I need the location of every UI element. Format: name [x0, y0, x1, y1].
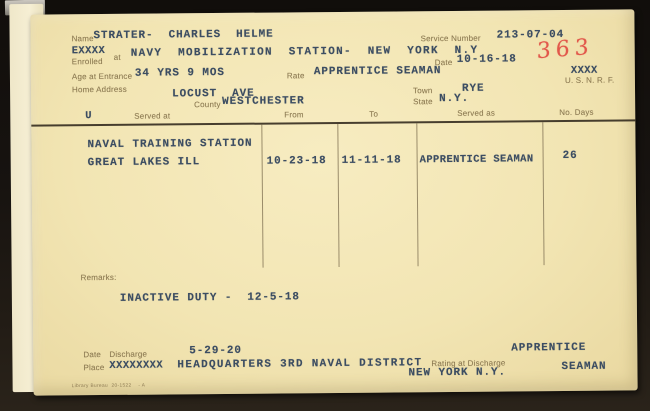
table-col-u: U: [85, 111, 92, 122]
discharge-date-label: Date: [83, 351, 101, 359]
table-vertical-rule-4: [542, 122, 544, 265]
county-label: County: [194, 101, 221, 109]
discharge-place-struck: XXXXXXXX: [109, 360, 163, 371]
discharge-label: Discharge: [109, 351, 147, 359]
table-col-to: To: [369, 111, 378, 119]
state-label: State: [413, 98, 433, 106]
table-col-served-as: Served as: [457, 110, 495, 118]
table-col-no-days: No. Days: [559, 109, 594, 117]
table-row-no-days: 26: [563, 151, 578, 162]
enrolled-label: Enrolled: [72, 58, 103, 66]
table-header-rule: [31, 119, 635, 126]
enrolled-at-value: NAVY MOBILIZATION STATION- NEW YORK N.Y: [131, 46, 479, 60]
table-row-served-at-line2: GREAT LAKES ILL: [88, 157, 201, 169]
rating-value-line2: SEAMAN: [561, 362, 606, 373]
age-at-entrance-label: Age at Entrance: [72, 73, 132, 82]
table-row-from: 10-23-18: [267, 156, 327, 168]
table-col-from: From: [284, 111, 304, 119]
rating-value-line1: APPRENTICE: [511, 343, 586, 355]
table-row-to: 11-11-18: [342, 155, 402, 167]
discharge-place-label: Place: [83, 364, 104, 372]
scanned-photo-background: Name STRATER- CHARLES HELME Service Numb…: [0, 0, 650, 411]
table-row-served-at-line1: NAVAL TRAINING STATION: [87, 139, 252, 151]
rate-value: APPRENTICE SEAMAN: [314, 66, 442, 78]
name-label: Name: [72, 35, 94, 43]
rating-place-value: NEW YORK N.Y.: [408, 368, 506, 380]
red-handwritten-number: 363: [536, 37, 593, 64]
home-address-label: Home Address: [72, 86, 127, 94]
at-label: at: [114, 54, 121, 62]
card-print-code: Library Bureau 20-1522 - A: [72, 383, 146, 389]
county-value: WESTCHESTER: [222, 96, 305, 108]
table-col-served-at: Served at: [134, 112, 170, 120]
remarks-label: Remarks:: [81, 274, 117, 282]
table-vertical-rule-2: [337, 124, 339, 267]
enroll-date-value: 10-16-18: [457, 54, 517, 66]
table-vertical-rule-3: [416, 123, 418, 266]
name-value: STRATER- CHARLES HELME: [93, 30, 273, 43]
discharge-date-value: 5-29-20: [189, 346, 242, 357]
usnrf-label: U. S. N. R. F.: [565, 77, 615, 85]
service-number-label: Service Number: [421, 35, 481, 44]
rate-label: Rate: [287, 72, 305, 80]
table-row-served-as: APPRENTICE SEAMAN: [420, 154, 534, 165]
table-vertical-rule-1: [261, 125, 263, 268]
town-label: Town: [413, 87, 433, 95]
remarks-value: INACTIVE DUTY - 12-5-18: [120, 292, 300, 305]
enlisted-struck-out: EXXXX: [72, 46, 106, 57]
state-value: N.Y.: [439, 94, 469, 105]
discharge-place-value: HEADQUARTERS 3RD NAVAL DISTRICT: [177, 358, 422, 371]
navy-service-record-card: Name STRATER- CHARLES HELME Service Numb…: [30, 9, 637, 395]
age-at-entrance-value: 34 YRS 9 MOS: [135, 68, 225, 80]
